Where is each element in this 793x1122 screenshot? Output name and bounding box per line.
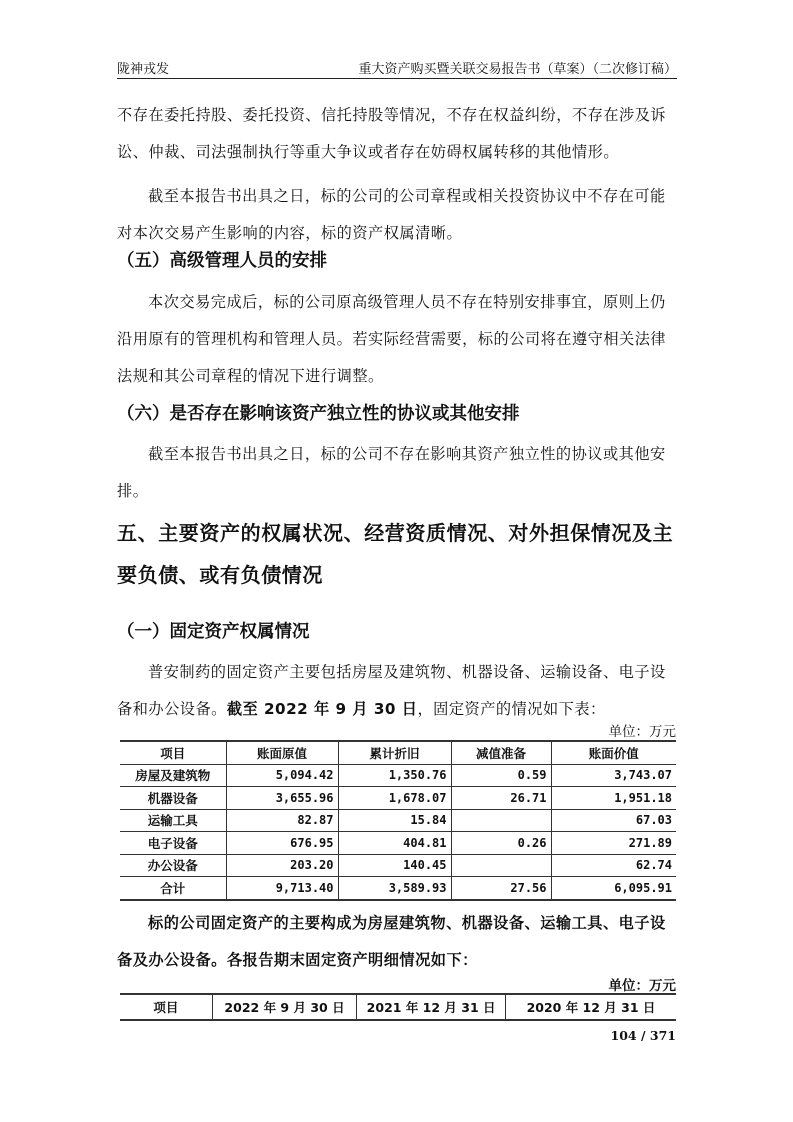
col-header-original-value: 账面原值: [226, 741, 338, 764]
cell-book-value: 3,743.07: [551, 764, 676, 787]
table-row: 办公设备 203.20 140.45 62.74: [120, 854, 676, 877]
cell-book-value: 6,095.91: [551, 877, 676, 900]
row-label: 机器设备: [120, 787, 226, 810]
cell-book-value: 67.03: [551, 809, 676, 832]
fixed-assets-detail-table: 项目 2022 年 9 月 30 日 2021 年 12 月 31 日 2020…: [120, 993, 676, 1021]
cell-book-value: 1,951.18: [551, 787, 676, 810]
cell-impairment: 0.26: [451, 832, 551, 855]
table-header-row: 项目 2022 年 9 月 30 日 2021 年 12 月 31 日 2020…: [120, 994, 676, 1020]
paragraph-articles: 截至本报告书出具之日，标的公司的公司章程或相关投资协议中不存在可能对本次交易产生…: [117, 178, 677, 252]
col-header-item: 项目: [120, 741, 226, 764]
cell-original-value: 203.20: [226, 854, 338, 877]
cell-impairment: 27.56: [451, 877, 551, 900]
table2-unit: 单位：万元: [609, 974, 677, 994]
table1-unit: 单位：万元: [609, 720, 677, 740]
table-header-row: 项目 账面原值 累计折旧 减值准备 账面价值: [120, 741, 676, 764]
paragraph-independence: 截至本报告书出具之日，标的公司不存在影响其资产独立性的协议或其他安排。: [117, 436, 677, 510]
section-heading-five: （五）高级管理人员的安排: [117, 247, 327, 272]
page-header: 陇神戎发 重大资产购买暨关联交易报告书（草案）（二次修订稿）: [117, 56, 677, 79]
col-header-item: 项目: [120, 994, 212, 1020]
paragraph-management: 本次交易完成后，标的公司原高级管理人员不存在特别安排事宜，原则上仍沿用原有的管理…: [117, 284, 677, 395]
header-doc-title: 重大资产购买暨关联交易报告书（草案）（二次修订稿）: [358, 58, 677, 77]
paragraph-composition: 标的公司固定资产的主要构成为房屋建筑物、机器设备、运输工具、电子设备及办公设备。…: [117, 905, 677, 979]
cell-impairment: [451, 854, 551, 877]
cell-book-value: 62.74: [551, 854, 676, 877]
fixed-assets-table: 项目 账面原值 累计折旧 减值准备 账面价值 房屋及建筑物 5,094.42 1…: [120, 740, 676, 901]
row-label: 办公设备: [120, 854, 226, 877]
table-row: 机器设备 3,655.96 1,678.07 26.71 1,951.18: [120, 787, 676, 810]
cell-depreciation: 1,678.07: [338, 787, 451, 810]
paragraph-fixed-assets: 普安制药的固定资产主要包括房屋及建筑物、机器设备、运输设备、电子设备和办公设备。…: [117, 654, 677, 728]
cell-depreciation: 3,589.93: [338, 877, 451, 900]
col-header-2022-09-30: 2022 年 9 月 30 日: [212, 994, 356, 1020]
section-heading-one: （一）固定资产权属情况: [117, 618, 310, 643]
cell-depreciation: 1,350.76: [338, 764, 451, 787]
col-header-book-value: 账面价值: [551, 741, 676, 764]
paragraph-continued: 不存在委托持股、委托投资、信托持股等情况，不存在权益纠纷，不存在涉及诉讼、仲裁、…: [117, 97, 677, 171]
cell-original-value: 3,655.96: [226, 787, 338, 810]
page-number: 104 / 371: [611, 1028, 676, 1043]
col-header-2020-12-31: 2020 年 12 月 31 日: [505, 994, 676, 1020]
chapter-heading-five: 五、主要资产的权属状况、经营资质情况、对外担保情况及主要负债、或有负债情况: [117, 512, 687, 596]
table-total-row: 合计 9,713.40 3,589.93 27.56 6,095.91: [120, 877, 676, 900]
row-label: 房屋及建筑物: [120, 764, 226, 787]
row-label: 电子设备: [120, 832, 226, 855]
cell-impairment: 26.71: [451, 787, 551, 810]
header-company: 陇神戎发: [117, 58, 169, 77]
cell-book-value: 271.89: [551, 832, 676, 855]
cell-depreciation: 404.81: [338, 832, 451, 855]
cell-original-value: 5,094.42: [226, 764, 338, 787]
row-label: 合计: [120, 877, 226, 900]
table-row: 房屋及建筑物 5,094.42 1,350.76 0.59 3,743.07: [120, 764, 676, 787]
cell-original-value: 9,713.40: [226, 877, 338, 900]
col-header-impairment: 减值准备: [451, 741, 551, 764]
fixed-assets-tail: ，固定资产的情况如下表：: [417, 700, 605, 718]
document-page: 陇神戎发 重大资产购买暨关联交易报告书（草案）（二次修订稿） 不存在委托持股、委…: [0, 0, 793, 1122]
table-row: 运输工具 82.87 15.84 67.03: [120, 809, 676, 832]
col-header-accumulated-depreciation: 累计折旧: [338, 741, 451, 764]
as-of-date: 截至 2022 年 9 月 30 日: [227, 700, 418, 718]
table-row: 电子设备 676.95 404.81 0.26 271.89: [120, 832, 676, 855]
cell-depreciation: 140.45: [338, 854, 451, 877]
cell-impairment: 0.59: [451, 764, 551, 787]
col-header-2021-12-31: 2021 年 12 月 31 日: [357, 994, 506, 1020]
cell-original-value: 676.95: [226, 832, 338, 855]
cell-impairment: [451, 809, 551, 832]
row-label: 运输工具: [120, 809, 226, 832]
section-heading-six: （六）是否存在影响该资产独立性的协议或其他安排: [117, 400, 520, 425]
cell-original-value: 82.87: [226, 809, 338, 832]
cell-depreciation: 15.84: [338, 809, 451, 832]
